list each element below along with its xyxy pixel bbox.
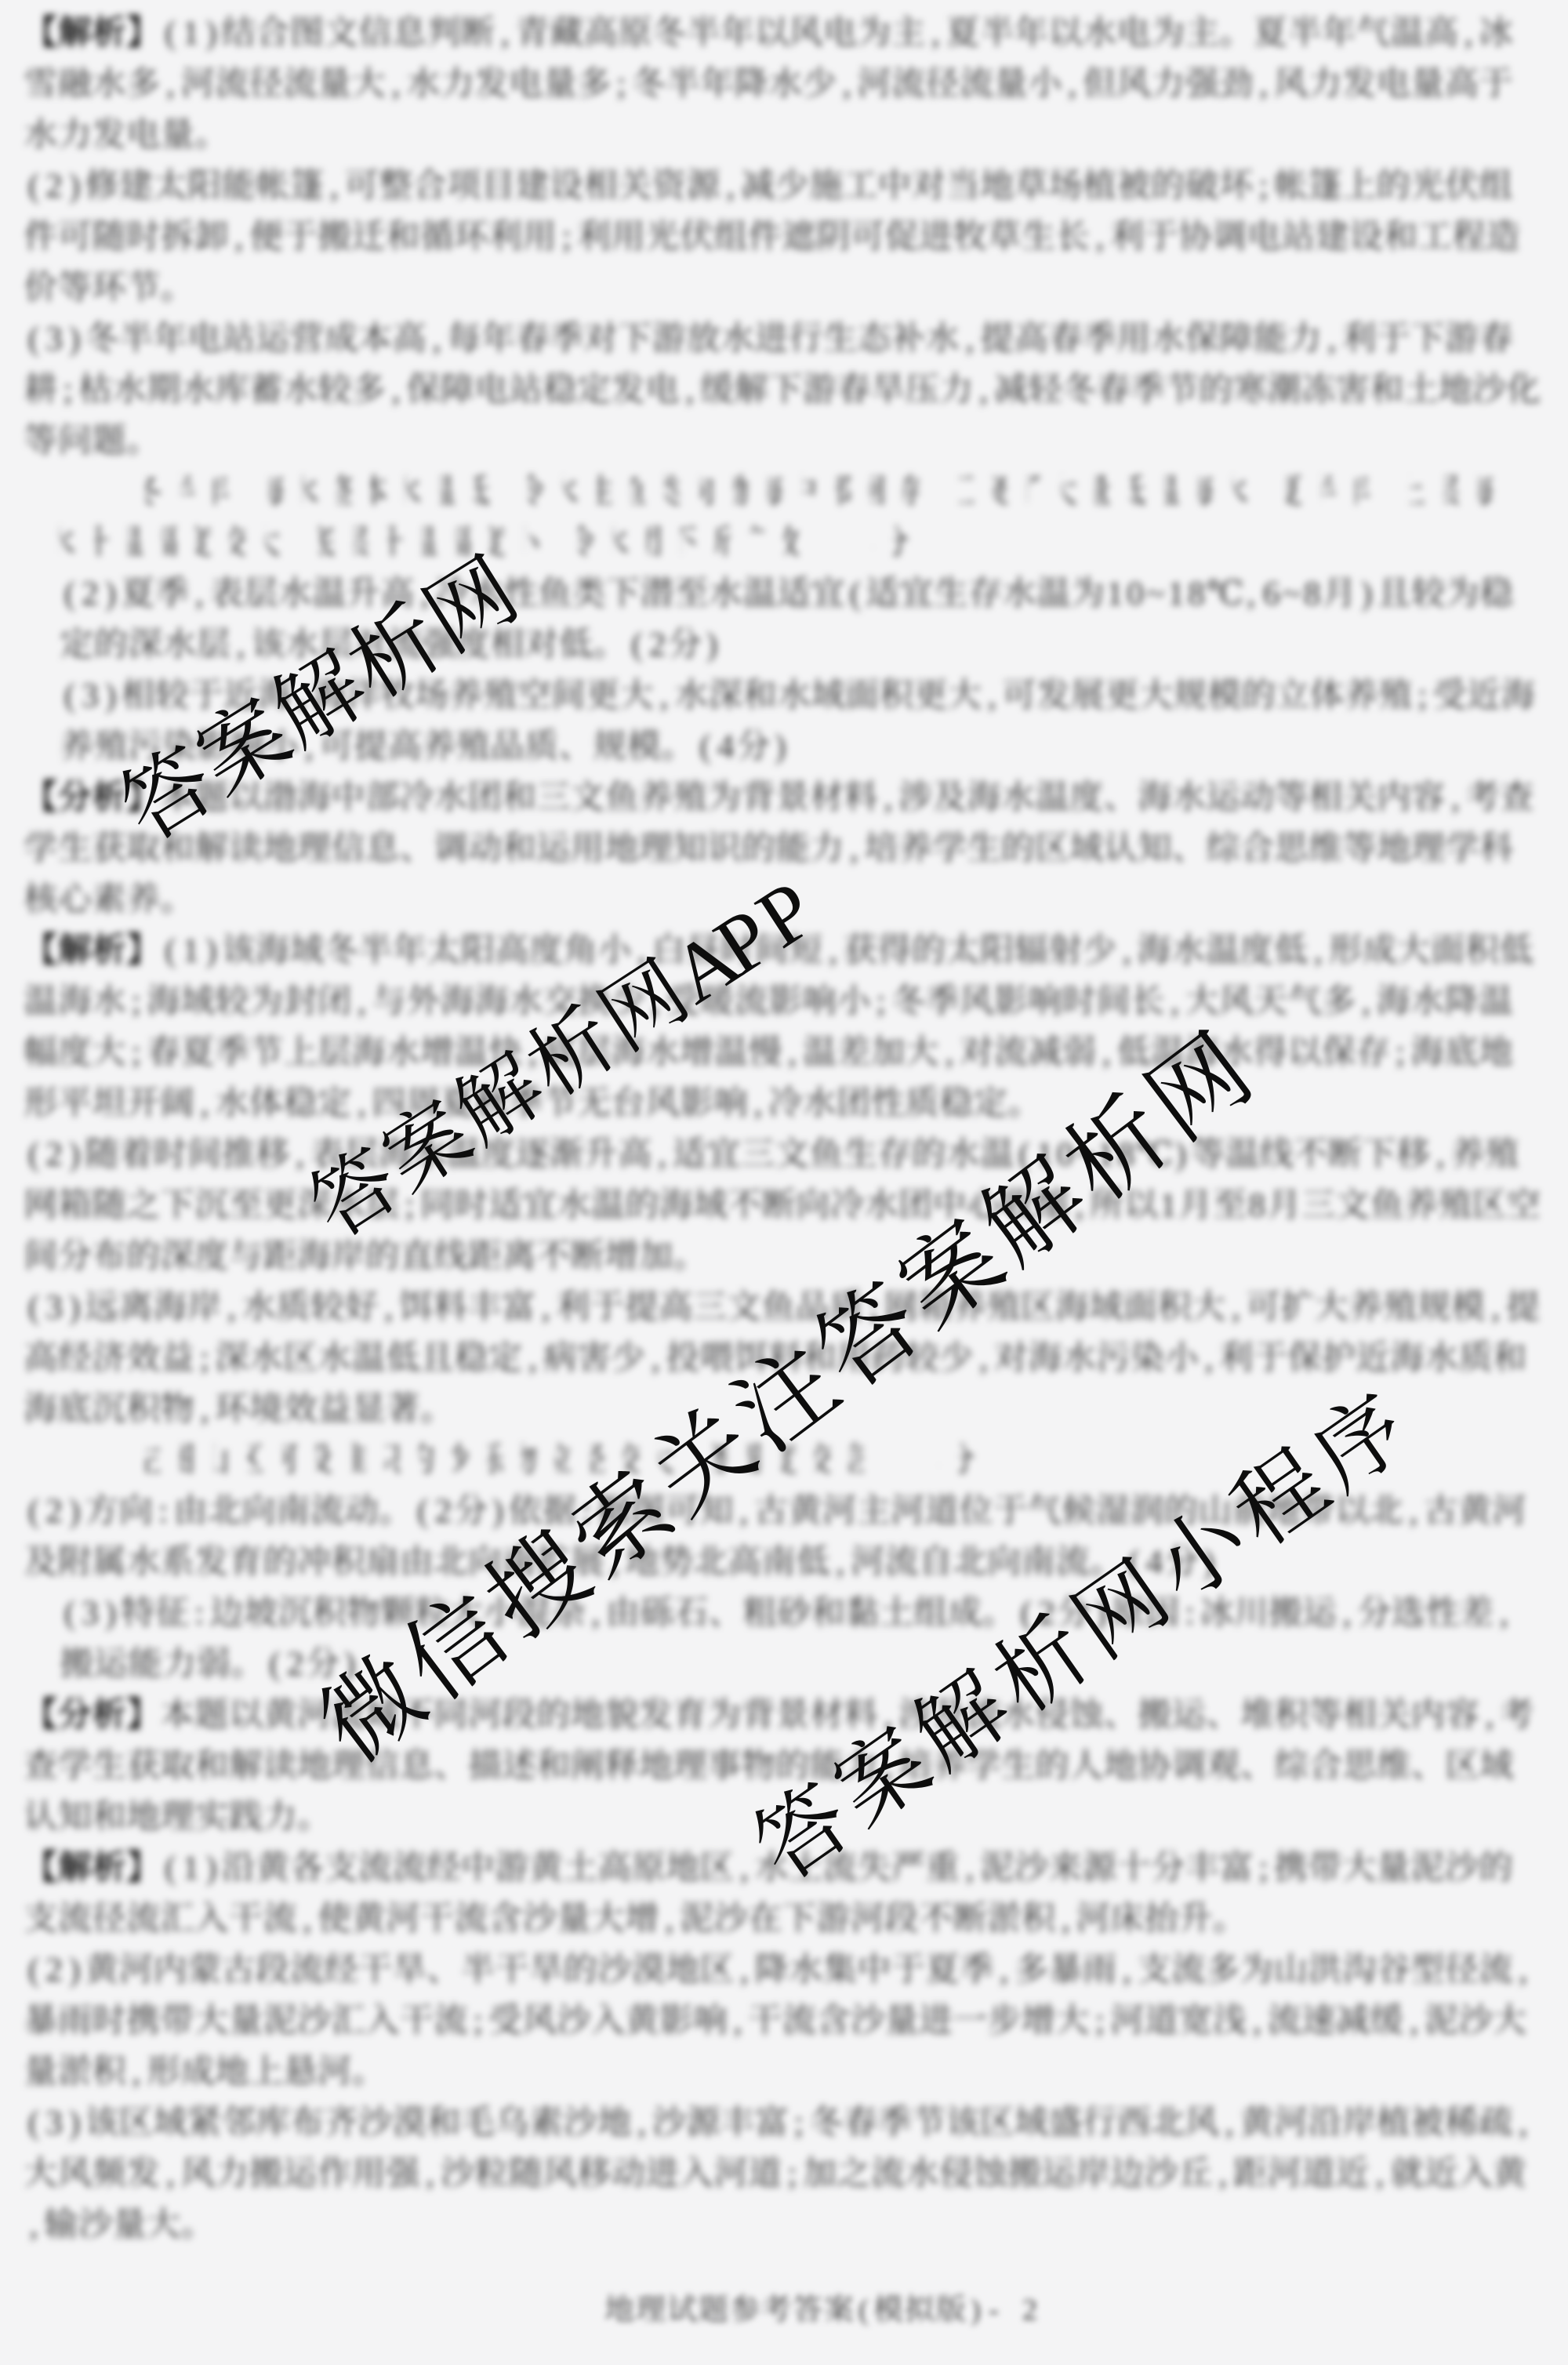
- paragraph: 【解析】(1)结合图文信息判断,青藏高原冬半年以风电为主,夏半年以水电为主。夏半…: [24, 8, 1544, 161]
- paragraph: (3)该区域紧邻库布齐沙漠和毛乌素沙地,沙源丰富;冬春季节该区域盛行西北风,黄河…: [24, 2098, 1544, 2251]
- paragraph: (2)黄河内蒙古段流经干旱、半干旱的沙漠地区,降水集中于夏季,多暴雨,支流多为山…: [24, 1945, 1544, 2098]
- page-footer: 地理试题参考答案(模拟版)- 2: [604, 2291, 1039, 2329]
- paragraph: (2)修建太阳能帐篷,可整合项目建设相关资源,减少施工中对当地草场植被的破坏;帐…: [24, 161, 1544, 314]
- scan-page: 【解析】(1)结合图文信息判断,青藏高原冬半年以风电为主,夏半年以水电为主。夏半…: [0, 0, 1568, 2365]
- paragraph: (3)冬半年电站运营成本高,每年春季对下游放水进行生态补水,提高春季用水保障能力…: [24, 314, 1544, 467]
- paragraph: (2)夏季,表层水温升高,冷水性鱼类下潜至水温适宜(适宜生存水温为10~18℃,…: [24, 569, 1544, 670]
- document-body: 【解析】(1)结合图文信息判断,青藏高原冬半年以风电为主,夏半年以水电为主。夏半…: [24, 8, 1544, 2251]
- paragraph: (2)随着时间推移,表层海水温度逐渐升高,适宜三文鱼生存的水温(10~18℃)等…: [24, 1129, 1544, 1282]
- paragraph: (3)特征:边坡沉积物颗粒大小混杂,由砾石、粗砂和黏土组成。(2分)原因:冰川搬…: [24, 1588, 1544, 1690]
- paragraph: 20.(1)冬半年,海水整体水温低,冷水性鱼类向渤海中部洄游,汇聚了大量低温海水…: [24, 467, 1544, 569]
